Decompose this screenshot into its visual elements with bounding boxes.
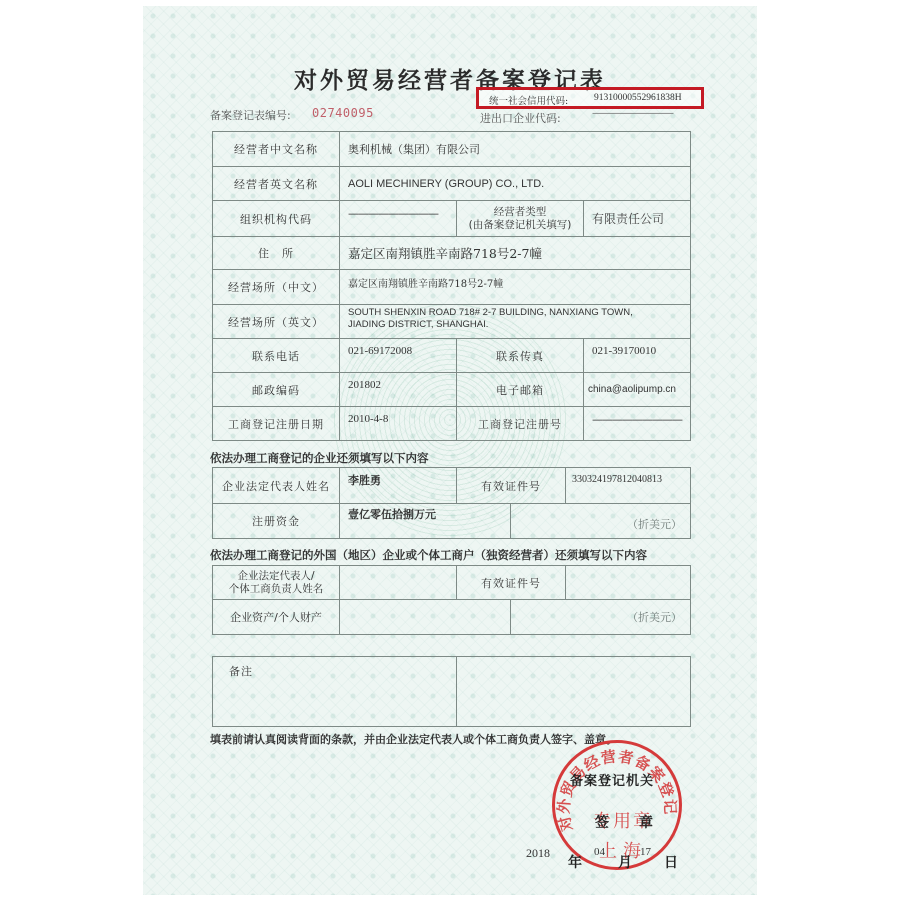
foreign-rep-label-line1: 企业法定代表人/ [221, 570, 331, 583]
email-value: china@aolipump.cn [584, 373, 691, 407]
foreign-id-label: 有效证件号 [457, 566, 566, 600]
form-number-label: 备案登记表编号: [210, 107, 291, 123]
biz-reg-date-label: 工商登记注册日期 [213, 407, 340, 441]
reg-capital-usd-note: （折美元） [511, 504, 691, 539]
assets-usd-note: （折美元） [511, 600, 691, 635]
premises-cn-value: 嘉定区南翔镇胜辛南路718号2-7幢 [340, 270, 691, 305]
org-code-label: 组织机构代码 [213, 201, 340, 237]
cn-name-value: 奥利机械（集团）有限公司 [340, 132, 691, 167]
ie-code-label: 进出口企业代码: [480, 110, 561, 126]
uscc-highlight-box: 统一社会信用代码: 91310000552961838H [476, 87, 704, 109]
email-label: 电子邮箱 [457, 373, 584, 407]
postcode-label: 邮政编码 [213, 373, 340, 407]
date-day-value: 17 [640, 846, 651, 858]
assets-value [340, 600, 511, 635]
uscc-value: 91310000552961838H [594, 93, 682, 103]
form-number-value: 02740095 [312, 106, 374, 120]
foreign-rep-label: 企业法定代表人/ 个体工商负责人姓名 [213, 566, 340, 600]
biz-reg-no-label: 工商登记注册号 [457, 407, 584, 441]
domicile-label: 住 所 [213, 237, 340, 270]
reg-capital-value: 壹亿零伍拾捌万元 [340, 504, 511, 539]
seal-label: 签 章 [595, 812, 661, 832]
premises-cn-label: 经营场所（中文） [213, 270, 340, 305]
operator-type-value: 有限责任公司 [584, 201, 691, 237]
org-code-value: ————————— [340, 201, 457, 237]
remarks-value [457, 657, 691, 727]
uscc-label: 统一社会信用代码: [489, 93, 568, 107]
legal-rep-value: 李胜勇 [340, 468, 457, 504]
foreign-rep-value [340, 566, 457, 600]
official-seal-stamp: 对外贸易经营者备案登记 专用章 上海 [552, 740, 682, 870]
legal-rep-label: 企业法定代表人姓名 [213, 468, 340, 504]
operator-type-label-line1: 经营者类型 [465, 206, 575, 219]
en-name-value: AOLI MECHINERY (GROUP) CO., LTD. [340, 167, 691, 201]
foreign-id-value [566, 566, 691, 600]
assets-label: 企业资产/个人财产 [213, 600, 340, 635]
postcode-value: 201802 [340, 373, 457, 407]
legal-rep-id-value: 330324197812040813 [566, 468, 691, 504]
premises-en-line2: JIADING DISTRICT, SHANGHAI. [348, 319, 682, 331]
biz-reg-date-value: 2010-4-8 [340, 407, 457, 441]
remarks-label: 备注 [213, 657, 457, 727]
date-month-char: 月 [618, 852, 632, 872]
remarks-table: 备注 [212, 656, 691, 727]
biz-reg-no-value: ————————— [584, 407, 691, 441]
domicile-value: 嘉定区南翔镇胜辛南路718号2-7幢 [340, 237, 691, 270]
operator-type-label-line2: (由备案登记机关填写) [465, 219, 575, 232]
foreign-rep-label-line2: 个体工商负责人姓名 [221, 583, 331, 596]
fax-value: 021-39170010 [584, 339, 691, 373]
foreign-section-heading: 依法办理工商登记的外国（地区）企业或个体工商户（独资经营者）还须填写以下内容 [210, 547, 647, 563]
enterprise-section-heading: 依法办理工商登记的企业还须填写以下内容 [210, 450, 429, 466]
date-year-char: 年 [568, 852, 582, 872]
operator-type-label: 经营者类型 (由备案登记机关填写) [457, 201, 584, 237]
date-day-char: 日 [664, 852, 678, 872]
cn-name-label: 经营者中文名称 [213, 132, 340, 167]
filing-authority-label: 备案登记机关 [570, 770, 654, 789]
ie-code-value: ————————— [592, 108, 673, 119]
premises-en-line1: SOUTH SHENXIN ROAD 718# 2-7 BUILDING, NA… [348, 307, 682, 319]
premises-en-label: 经营场所（英文） [213, 305, 340, 339]
phone-label: 联系电话 [213, 339, 340, 373]
date-month-value: 04 [594, 846, 605, 858]
premises-en-value: SOUTH SHENXIN ROAD 718# 2-7 BUILDING, NA… [340, 305, 691, 339]
en-name-label: 经营者英文名称 [213, 167, 340, 201]
phone-value: 021-69172008 [340, 339, 457, 373]
main-info-table: 经营者中文名称 奥利机械（集团）有限公司 经营者英文名称 AOLI MECHIN… [212, 131, 691, 441]
fax-label: 联系传真 [457, 339, 584, 373]
enterprise-table: 企业法定代表人姓名 李胜勇 有效证件号 330324197812040813 注… [212, 467, 691, 539]
foreign-table: 企业法定代表人/ 个体工商负责人姓名 有效证件号 企业资产/个人财产 （折美元） [212, 565, 691, 635]
reg-capital-label: 注册资金 [213, 504, 340, 539]
legal-rep-id-label: 有效证件号 [457, 468, 566, 504]
date-year-value: 2018 [526, 846, 550, 861]
